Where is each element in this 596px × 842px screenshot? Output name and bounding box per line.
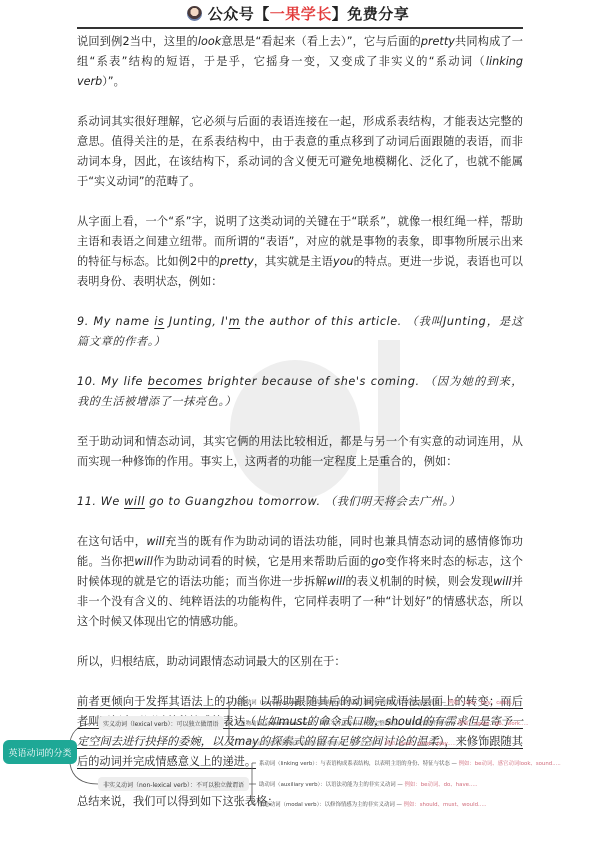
branch-lexical-verb: 实义动词（lexical verb）：可以独立做谓语 <box>98 716 224 730</box>
example-11: 11. We will go to Guangzhou tomorrow. （我… <box>77 492 523 512</box>
paragraph-auxiliary-modal: 至于助动词和情态动词，其实它俩的用法比较相近，都是与另一个有实意的动词连用，从而… <box>77 432 523 472</box>
header-divider <box>77 27 523 29</box>
leaf-auxiliary: 助动词（auxiliary verb）：以语法功能为主的非实义动词 — 例如：b… <box>259 780 478 788</box>
paragraph-conclusion-lead: 所以，归根结底，助动词跟情态动词最大的区别在于： <box>77 652 523 672</box>
paragraph-linking-explain: 系动词其实很好理解，它必须与后面的表语连接在一起，形成系表结构，才能表达完整的意… <box>77 112 523 192</box>
mindmap-root: 英语动词的分类 <box>3 740 77 764</box>
page-header: 公众号【一果学长】免费分享 <box>0 0 596 26</box>
example-10: 10. My life becomes brighter because of … <box>77 372 523 412</box>
avatar-icon <box>187 6 202 21</box>
leaf-linking: 系动词（linking verb）：与表语构成系表结构，以表明主语的身份、特征与… <box>259 759 561 767</box>
verb-classification-mindmap: 英语动词的分类 实义动词（lexical verb）：可以独立做谓语 非实义动词… <box>0 680 596 842</box>
paragraph-linking-intro: 说回到例2当中，这里的look意思是“看起来（看上去）”，它与后面的pretty… <box>77 32 523 92</box>
example-9: 9. My name is Junting, I'm the author of… <box>77 312 523 352</box>
leaf-modal: 情态动词（modal verb）：以修饰情感为主的非实义动词 — 例如：shou… <box>259 800 487 808</box>
leaf-transitive: 及物动词（transitive verb）：与宾语构成动宾结构，通过接宾语以其自… <box>235 698 520 706</box>
header-title: 公众号【一果学长】免费分享 <box>208 3 410 24</box>
leaf-note: 注：有些动词可以同时兼作及物与不及物动词，且含义不同 — 例如：beat、gro… <box>235 739 456 747</box>
branch-non-lexical-verb: 非实义动词（non-lexical verb）：不可以独立做谓语 <box>98 777 249 791</box>
paragraph-will-analysis: 在这句话中，will充当的既有作为助动词的语法功能，同时也兼具情态动词的感情修饰… <box>77 532 523 632</box>
leaf-intransitive: 不及物动词（intransitive verb）：因其本身已经可以表达完整的语义… <box>235 719 529 727</box>
paragraph-predicative: 从字面上看，一个“系”字，说明了这类动词的关键在于“联系”，就像一根红绳一样，帮… <box>77 212 523 292</box>
